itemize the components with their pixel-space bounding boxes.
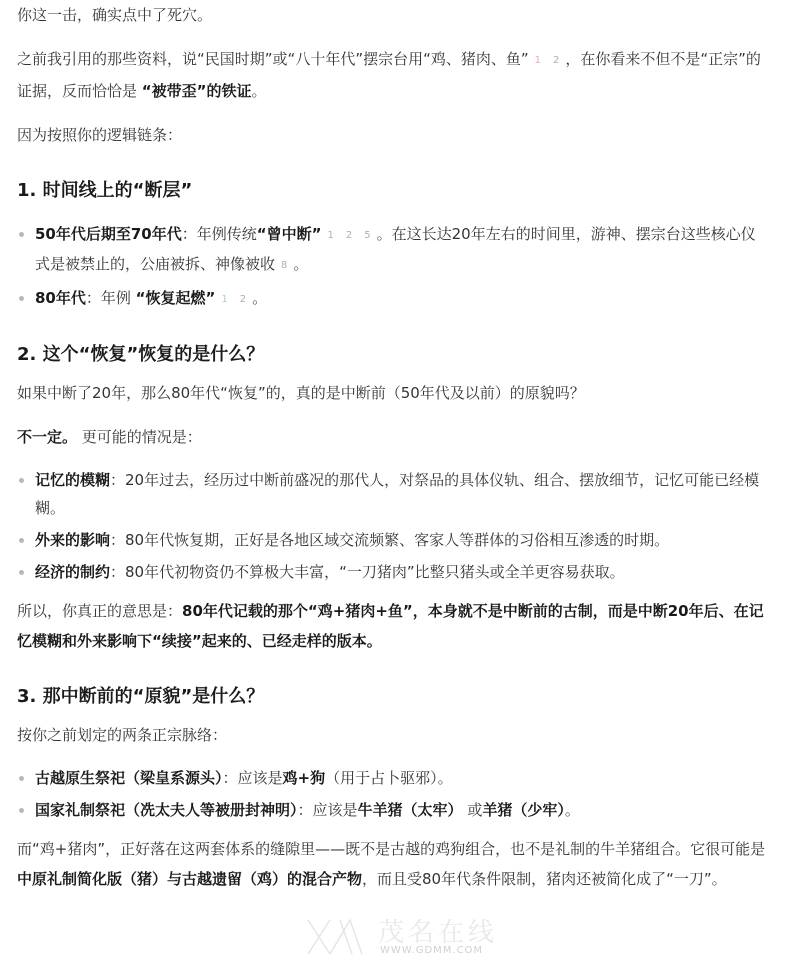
item-label: 50年代后期至70年代	[35, 225, 182, 243]
item-bold: “恢复起燃”	[136, 289, 216, 307]
section-2-paragraph: 如果中断了20年，那么80年代“恢复”的，真的是中断前（50年代及以前）的原貌吗…	[17, 378, 767, 408]
item-text: ：80年代初物资仍不算极大丰富，“一刀猪肉”比整只猪头或全羊更容易获取。	[110, 563, 625, 581]
lead-bold: 不一定。	[17, 428, 77, 446]
section-2-list: 记忆的模糊：20年过去，经历过中断前盛况的那代人，对祭品的具体仪轨、组合、摆放细…	[17, 466, 767, 586]
intro-paragraph-3: 因为按照你的逻辑链条：	[17, 120, 767, 150]
conclusion-text: ，而且受80年代条件限制，猪肉还被简化成了“一刀”。	[362, 870, 727, 888]
item-label: 记忆的模糊	[35, 471, 110, 489]
citation-badge[interactable]: 2	[553, 55, 559, 66]
intro-paragraph-1: 你这一击，确实点中了死穴。	[17, 0, 767, 30]
intro-text: 之前我引用的那些资料，说“民国时期”或“八十年代”摆宗台用“鸡、猪肉、鱼”	[17, 50, 529, 68]
citation-badge[interactable]: 2	[240, 294, 246, 305]
list-item: 外来的影响：80年代恢复期，正好是各地区域交流频繁、客家人等群体的习俗相互渗透的…	[17, 526, 767, 554]
watermark-url: WWW.GDMM.COM	[380, 945, 483, 956]
site-watermark: 茂名在线 WWW.GDMM.COM	[300, 912, 500, 962]
conclusion-text: 所以，你真正的意思是：	[17, 602, 182, 620]
list-item: 古越原生祭祀（梁皇系源头）：应该是鸡+狗（用于占卜驱邪）。	[17, 764, 767, 792]
item-text: 。	[565, 801, 580, 819]
item-text: ：20年过去，经历过中断前盛况的那代人，对祭品的具体仪轨、组合、摆放细节，记忆可…	[35, 471, 759, 517]
item-text: 或	[463, 801, 483, 819]
citation-badge[interactable]: 1	[535, 55, 541, 66]
citation-badge[interactable]: 2	[346, 230, 352, 241]
watermark-logo-icon	[300, 912, 370, 962]
item-text: ：应该是	[223, 769, 283, 787]
item-label: 外来的影响	[35, 531, 110, 549]
citation-badge[interactable]: 8	[281, 260, 287, 271]
conclusion-bold: 中原礼制简化版（猪）与古越遗留（鸡）的混合产物	[17, 870, 362, 888]
item-bold: “曾中断”	[257, 225, 322, 243]
item-text: ：80年代恢复期，正好是各地区域交流频繁、客家人等群体的习俗相互渗透的时期。	[110, 531, 669, 549]
item-label: 古越原生祭祀（梁皇系源头）	[35, 769, 223, 787]
item-bold: 鸡+狗	[283, 769, 326, 787]
item-label: 经济的制约	[35, 563, 110, 581]
list-item: 80年代：年例 “恢复起燃”12。	[17, 284, 767, 314]
section-3-list: 古越原生祭祀（梁皇系源头）：应该是鸡+狗（用于占卜驱邪）。 国家礼制祭祀（冼太夫…	[17, 764, 767, 824]
section-2-lead: 不一定。 更可能的情况是：	[17, 422, 767, 452]
section-2-conclusion: 所以，你真正的意思是：80年代记载的那个“鸡+猪肉+鱼”，本身就不是中断前的古制…	[17, 596, 767, 656]
item-text: 。	[293, 255, 308, 273]
section-2-heading: 2. 这个“恢复”恢复的是什么？	[17, 340, 767, 370]
chat-message: 你这一击，确实点中了死穴。 之前我引用的那些资料，说“民国时期”或“八十年代”摆…	[17, 0, 767, 894]
list-item: 国家礼制祭祀（冼太夫人等被册封神明）：应该是牛羊猪（太牢） 或羊猪（少牢）。	[17, 796, 767, 824]
intro-bold: “被带歪”的铁证	[142, 82, 252, 100]
citation-badge[interactable]: 1	[327, 230, 333, 241]
item-text: ：年例传统	[182, 225, 257, 243]
citation-badge[interactable]: 1	[221, 294, 227, 305]
item-bold: 羊猪（少牢）	[482, 801, 565, 819]
section-3-conclusion: 而“鸡+猪肉”，正好落在这两套体系的缝隙里——既不是古越的鸡狗组合，也不是礼制的…	[17, 834, 767, 894]
citation-badge[interactable]: 5	[364, 230, 370, 241]
intro-text: 。	[252, 82, 267, 100]
section-1-heading: 1. 时间线上的“断层”	[17, 176, 767, 206]
list-item: 记忆的模糊：20年过去，经历过中断前盛况的那代人，对祭品的具体仪轨、组合、摆放细…	[17, 466, 767, 522]
watermark-title: 茂名在线	[378, 912, 498, 949]
lead-text: 更可能的情况是：	[82, 428, 202, 446]
section-1-list: 50年代后期至70年代：年例传统“曾中断”125。在这长达20年左右的时间里，游…	[17, 220, 767, 314]
list-item: 经济的制约：80年代初物资仍不算极大丰富，“一刀猪肉”比整只猪头或全羊更容易获取…	[17, 558, 767, 586]
item-text: （用于占卜驱邪）。	[325, 769, 453, 787]
conclusion-text: 而“鸡+猪肉”，正好落在这两套体系的缝隙里——既不是古越的鸡狗组合，也不是礼制的…	[17, 840, 765, 858]
item-text: 。	[252, 289, 267, 307]
item-label: 80年代	[35, 289, 86, 307]
section-3-paragraph: 按你之前划定的两条正宗脉络：	[17, 720, 767, 750]
item-label: 国家礼制祭祀（冼太夫人等被册封神明）	[35, 801, 298, 819]
item-text: ：年例	[86, 289, 136, 307]
item-bold: 牛羊猪（太牢）	[358, 801, 463, 819]
list-item: 50年代后期至70年代：年例传统“曾中断”125。在这长达20年左右的时间里，游…	[17, 220, 767, 280]
item-text: ：应该是	[298, 801, 358, 819]
section-3-heading: 3. 那中断前的“原貌”是什么？	[17, 682, 767, 712]
intro-paragraph-2: 之前我引用的那些资料，说“民国时期”或“八十年代”摆宗台用“鸡、猪肉、鱼”12，…	[17, 44, 767, 106]
